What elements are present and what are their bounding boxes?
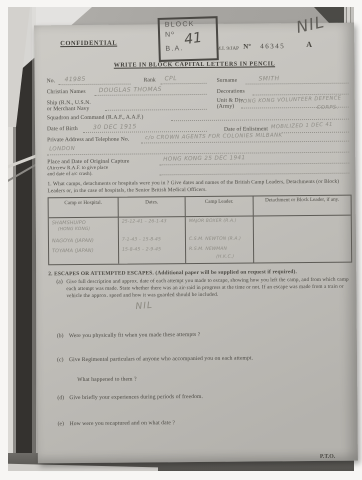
question-c-text: Give Regimental particulars of anyone wh… [69, 356, 253, 364]
serial-number: 46345 [260, 43, 285, 50]
field-line [159, 173, 349, 176]
stamp-line-ba: B.A. [165, 45, 183, 53]
question-c-label: (c) [57, 357, 64, 363]
field-line [282, 132, 349, 134]
table-header-camp: Camp or Hospital. [49, 198, 119, 219]
field-value-address-2: LONDON [49, 146, 75, 152]
screenshot-root: CONFIDENTIAL BLOCK Nº B.A. 41 NIL M.I. 9… [0, 0, 362, 480]
field-value-dob: 30 DEC 1915 [93, 123, 137, 131]
table-header-detachment: Detachment or Block Leader, if any. [254, 196, 351, 217]
field-label-surname: Surname [217, 78, 238, 85]
section2-heading: 2. ESCAPES OR ATTEMPTED ESCAPES. (Additi… [48, 269, 297, 278]
field-value-no: 41985 [65, 76, 86, 83]
form-ref: M.I. 9/JAP [216, 47, 239, 53]
document-paper: CONFIDENTIAL BLOCK Nº B.A. 41 NIL M.I. 9… [34, 23, 358, 464]
field-label-decorations: Decorations [217, 89, 245, 96]
field-value-address-1: c/o CROWN AGENTS FOR COLONIES MILBANK [145, 133, 282, 142]
field-label-squadron: Squadron and Command (R.A.F., A.A.F.) [47, 114, 144, 121]
field-value-christian-names: DOUGLAS THOMAS [99, 86, 162, 94]
field-label-rank: Rank [144, 77, 156, 84]
field-line [171, 119, 349, 122]
serial-suffix: A [306, 42, 312, 48]
camps-table: Camp or Hospital. Dates. Camp Leader. De… [48, 195, 353, 266]
field-value-unit-1: HONG KONG VOLUNTEER DEFENCE [239, 95, 342, 105]
serial-number-label: Nº [243, 44, 251, 50]
table-cell-camp-2: NAGOYA (JAPAN) [52, 238, 94, 244]
stamp-number-handwritten: 41 [183, 30, 203, 48]
table-cell-dates-3: 15-8-45 – 2-9-45 [122, 247, 161, 252]
answer-a-nil: NIL [135, 301, 153, 312]
question-b-text: Were you physically fit when you made th… [69, 332, 201, 340]
table-cell-camp-1: SHAMSHUIPO [52, 220, 86, 226]
table-cell-dates-1: 25-12-41 – 26-1-43 [122, 219, 167, 224]
field-label-unit-2: (Army) [217, 104, 234, 111]
stamp-line-block: BLOCK [165, 21, 195, 29]
table-cell-leader-1: MAJOR BOXER (R.A.) [189, 219, 237, 224]
table-header-leader: Camp Leader. [186, 196, 254, 217]
table-cell-leader-2: C.S.M. NEWTON (R.A.) [189, 237, 241, 242]
table-column-detachment [254, 216, 351, 263]
question-d-text: Give briefly your experiences during per… [69, 394, 203, 402]
question-b-label: (b) [57, 333, 64, 339]
table-column-leader: MAJOR BOXER (R.A.) C.S.M. NEWTON (R.A.) … [186, 216, 254, 263]
table-cell-leader-3-note: (H.K.C.) [216, 255, 234, 260]
question-e-label: (e) [58, 421, 65, 427]
section1-question: 1. What camps, detachments or hospitals … [47, 179, 349, 195]
field-line [141, 141, 349, 144]
field-line [95, 94, 207, 96]
field-line [246, 83, 349, 85]
question-a-text: Give full description and approx. date o… [66, 277, 352, 300]
classification-label: CONFIDENTIAL [60, 41, 117, 48]
field-label-dob: Date of Birth [47, 126, 78, 133]
field-value-rank: CPL [164, 75, 176, 82]
block-number-stamp: BLOCK Nº B.A. 41 [158, 16, 219, 62]
field-value-enlistment: MOBILIZED 1 DEC 41 [271, 122, 333, 131]
table-column-camp: SHAMSHUIPO (HONG KONG) NAGOYA (JAPAN) TO… [49, 218, 119, 265]
field-line [83, 131, 207, 133]
field-label-christian-names: Christian Names [47, 89, 86, 96]
question-c-followup: What happened to them ? [77, 377, 137, 384]
question-a-label: (a) [56, 279, 63, 285]
field-label-capture-1: Place and Date of Original Capture [47, 159, 129, 166]
field-label-capture-3: and date of a/c crash). [47, 172, 92, 178]
stamp-line-no: Nº [165, 31, 175, 38]
field-line [159, 163, 349, 166]
field-label-ship-2: or Merchant Navy [47, 106, 90, 113]
table-column-dates: 25-12-41 – 26-1-43 7-1-43 – 15-8-45 15-8… [119, 217, 186, 264]
field-label-address: Private Address and Telephone No. [47, 137, 129, 144]
field-value-unit-2: CORPS. [317, 105, 339, 111]
field-value-surname: SMITH [259, 75, 280, 82]
question-e-text: How were you recaptured and on what date… [70, 420, 176, 427]
field-line [105, 109, 207, 111]
field-line [47, 152, 349, 156]
table-cell-leader-3: R.S.M. NEWMAN [189, 247, 227, 252]
field-line [161, 83, 207, 84]
field-value-capture: HONG KONG 25 DEC 1941 [163, 155, 245, 163]
table-cell-camp-3: TOYAMA (JAPAN) [52, 248, 94, 254]
pto-label: P.T.O. [320, 454, 335, 460]
table-cell-dates-2: 7-1-43 – 15-8-45 [122, 237, 161, 242]
field-label-capture-2: (Aircrew R.A.F. to give place [47, 166, 108, 172]
table-cell-camp-1-note: (HONG KONG) [58, 227, 90, 232]
table-header-dates: Dates. [119, 197, 186, 218]
form-title: WRITE IN BLOCK CAPITAL LETTERS IN PENCIL [64, 61, 324, 69]
field-label-no: No. [47, 78, 56, 84]
question-d-label: (d) [57, 395, 64, 401]
field-line [59, 84, 131, 86]
